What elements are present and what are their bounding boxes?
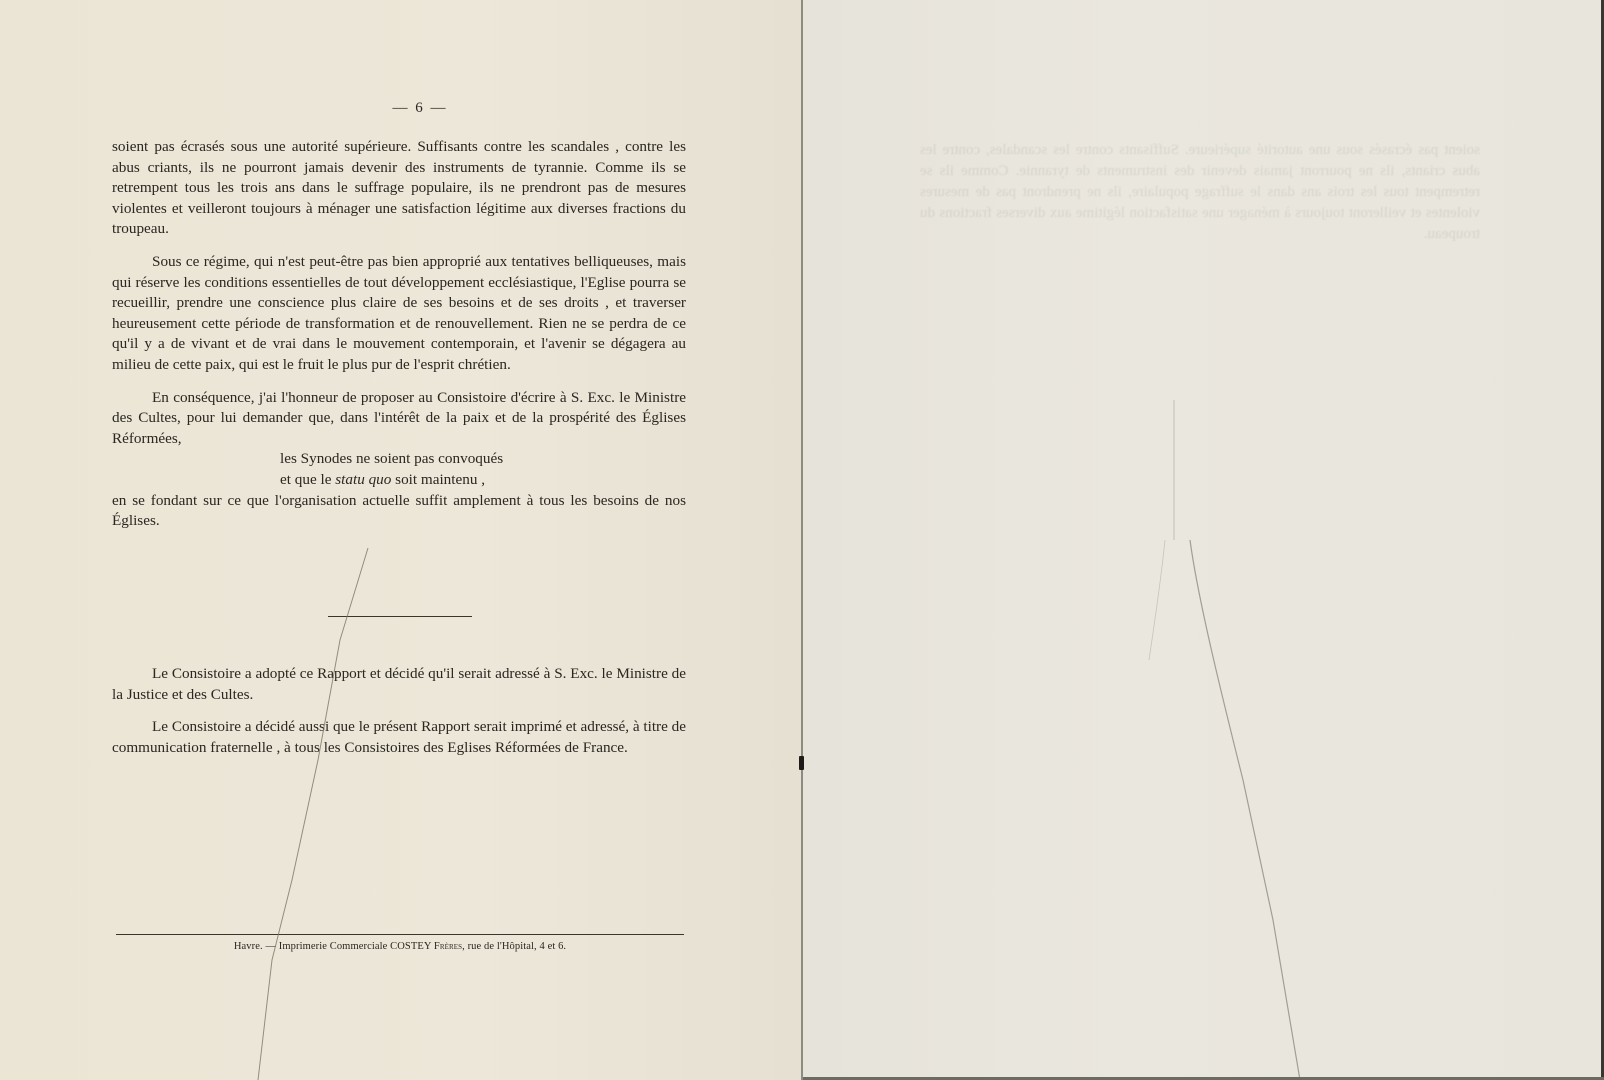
paragraph-continuation: soient pas écrasés sous une autorité sup… <box>112 137 686 240</box>
imprint-address: , rue de l'Hôpital, 4 et 6. <box>462 941 566 952</box>
proposal-point-2-pre: et que le <box>280 471 335 488</box>
imprint-freres: Frères <box>434 941 462 952</box>
printer-imprint: Havre. — Imprimerie Commerciale COSTEY F… <box>116 941 684 952</box>
paragraph-regime: Sous ce régime, qui n'est peut-être pas … <box>112 252 686 376</box>
footer-rule <box>116 934 684 935</box>
statu-quo-italic: statu quo <box>335 471 391 488</box>
body-text-block-1: soient pas écrasés sous une autorité sup… <box>112 137 686 532</box>
paragraph-printing: Le Consistoire a décidé aussi que le pré… <box>112 717 686 758</box>
book-spread: — 6 — soient pas écrasés sous une autori… <box>0 0 1604 1080</box>
proposal-point-2: et que le statu quo soit maintenu , <box>112 470 686 491</box>
proposal-point-2-post: soit maintenu , <box>391 471 485 488</box>
proposal-point-1: les Synodes ne soient pas convoqués <box>112 449 686 470</box>
paragraph-adoption: Le Consistoire a adopté ce Rapport et dé… <box>112 664 686 705</box>
bleed-through-text: soient pas écrasés sous une autorité sup… <box>920 140 1480 245</box>
body-text-block-2: Le Consistoire a adopté ce Rapport et dé… <box>112 664 686 758</box>
binding-stitch-mark <box>799 756 804 770</box>
section-divider-rule <box>328 616 472 617</box>
gutter-fold <box>801 0 803 1080</box>
paragraph-proposal: En conséquence, j'ai l'honneur de propos… <box>112 388 686 532</box>
proposal-conclusion: en se fondant sur ce que l'organisation … <box>112 491 686 532</box>
page-number: — 6 — <box>360 100 480 117</box>
proposal-intro: En conséquence, j'ai l'honneur de propos… <box>112 389 686 447</box>
imprint-prefix: Havre. — Imprimerie Commerciale COSTEY <box>234 941 434 952</box>
left-page: — 6 — soient pas écrasés sous une autori… <box>0 0 802 1080</box>
